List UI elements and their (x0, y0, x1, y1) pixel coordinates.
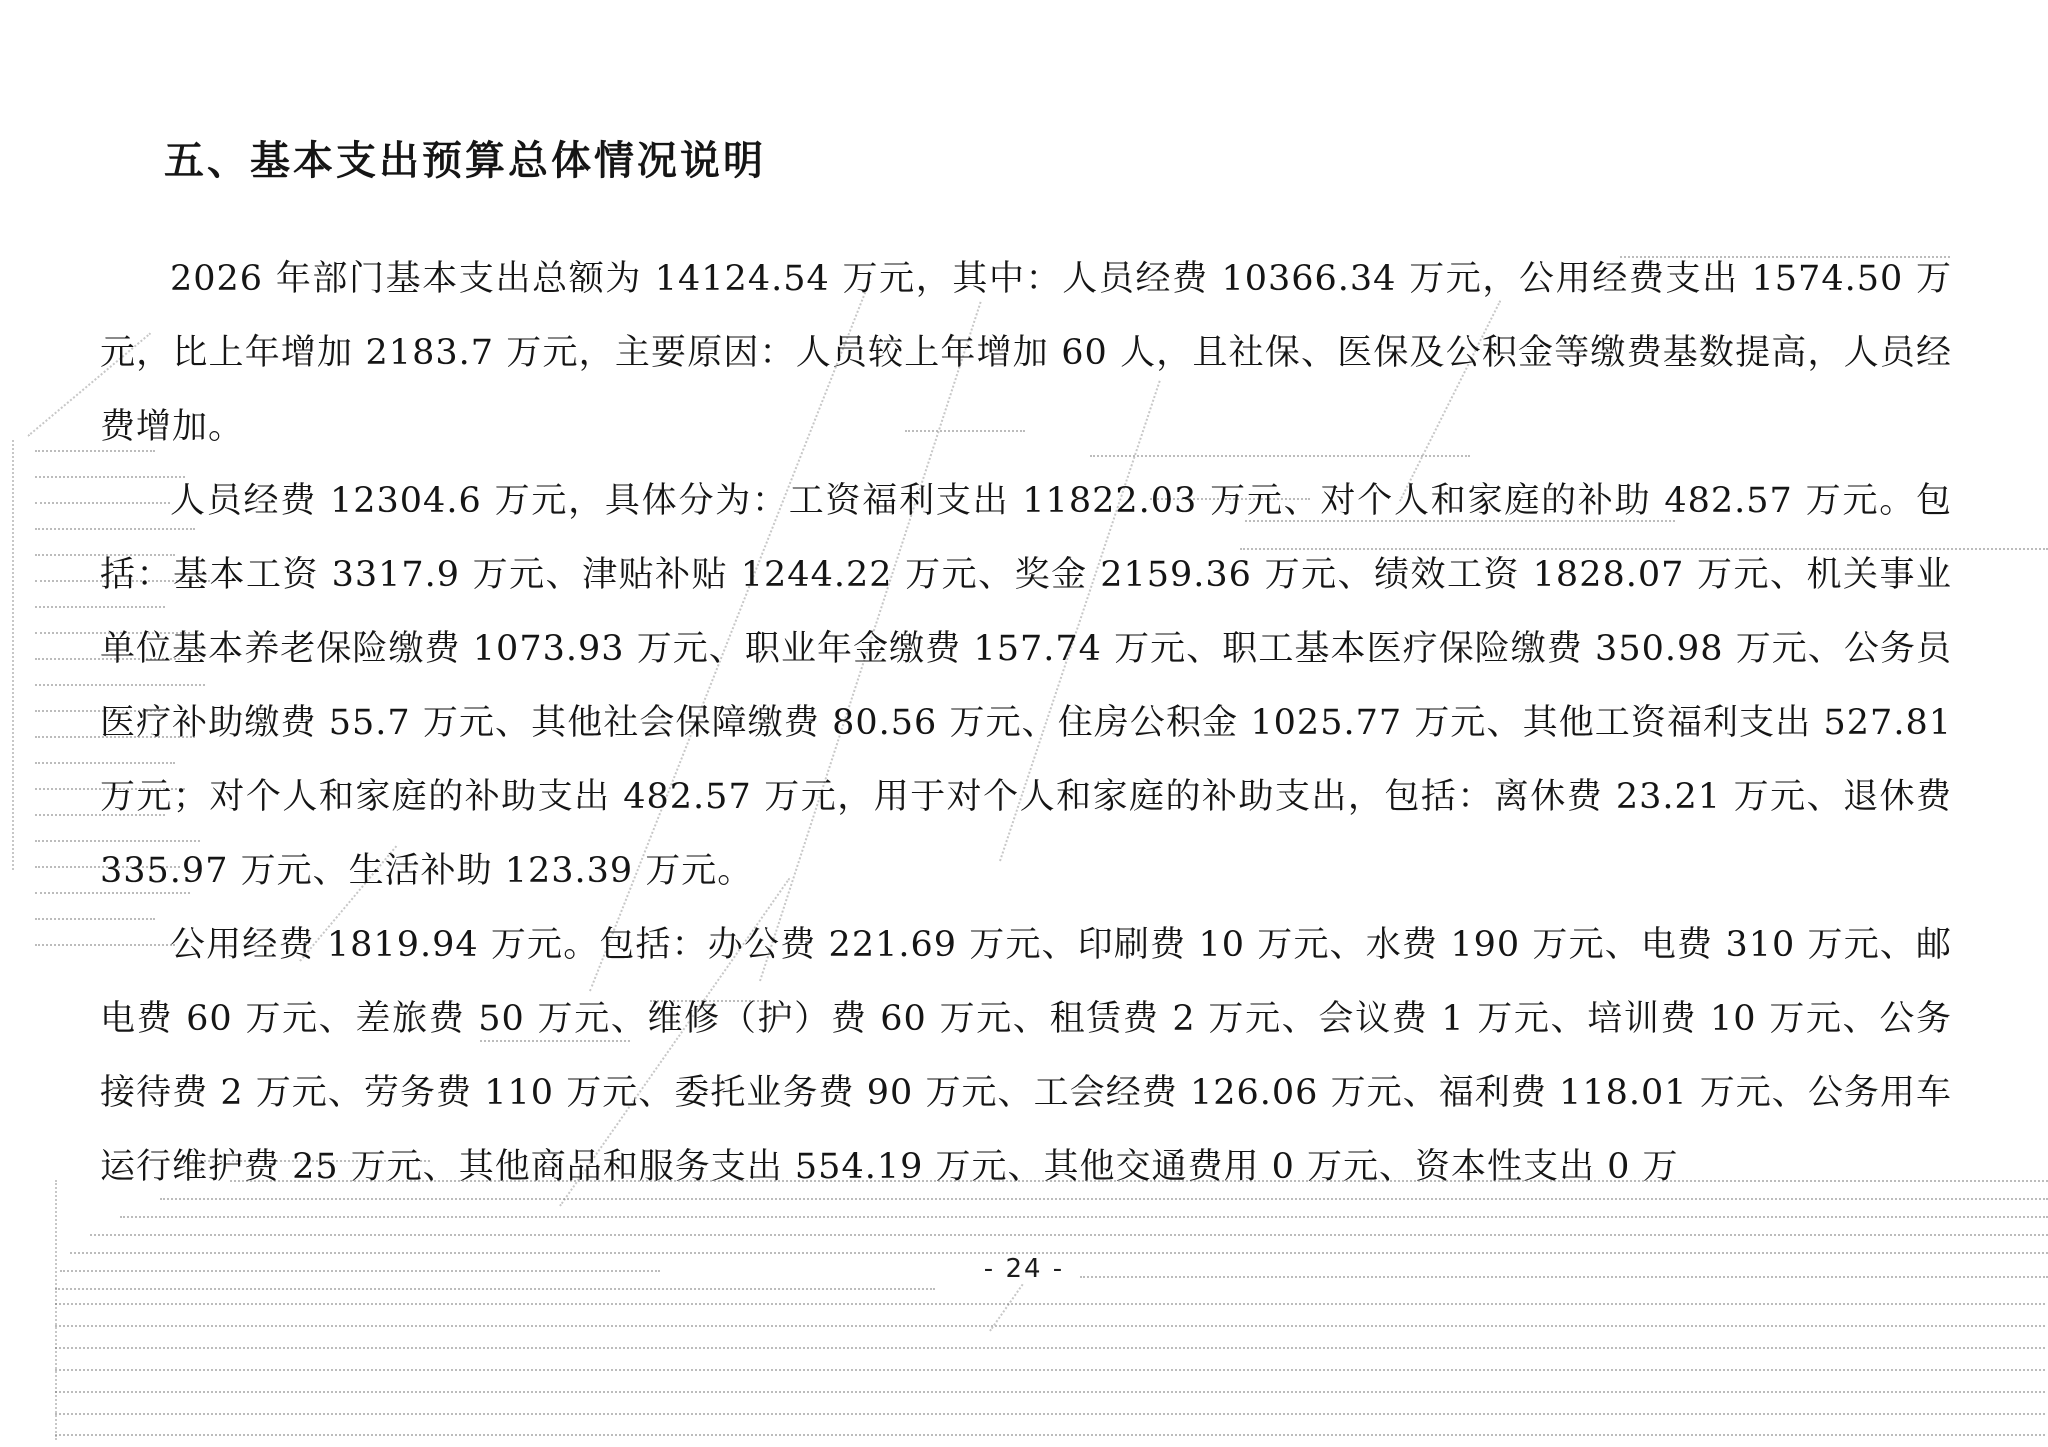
document-page: 五、基本支出预算总体情况说明 2026 年部门基本支出总额为 14124.54 … (0, 0, 2048, 1447)
scan-artifact-line (55, 1413, 2045, 1415)
scan-artifact-vline (55, 1180, 57, 1440)
scan-artifact-vline (12, 440, 14, 870)
scan-artifact-line (55, 1303, 2045, 1305)
section-heading: 五、基本支出预算总体情况说明 (164, 136, 1952, 186)
scan-artifact-line (55, 1347, 2045, 1349)
scan-artifact-line (55, 1369, 2045, 1371)
scan-artifact-line (55, 1434, 2045, 1436)
scan-artifact-line (55, 1288, 935, 1290)
paragraph-public-expenses-detail: 公用经费 1819.94 万元。包括：办公费 221.69 万元、印刷费 10 … (100, 908, 1952, 1204)
document-body: 五、基本支出预算总体情况说明 2026 年部门基本支出总额为 14124.54 … (100, 136, 1952, 1204)
paragraph-basic-expenditure-total: 2026 年部门基本支出总额为 14124.54 万元，其中：人员经费 1036… (100, 242, 1952, 464)
scan-artifact-line (55, 1391, 2045, 1393)
page-number: - 24 - (974, 1254, 1074, 1284)
scan-artifact-line (55, 1325, 2045, 1327)
scan-artifact-line (90, 1234, 2048, 1236)
paragraph-personnel-expenses-detail: 人员经费 12304.6 万元，具体分为：工资福利支出 11822.03 万元、… (100, 464, 1952, 908)
scan-artifact-line (120, 1216, 2048, 1218)
page-footer: - 24 - (0, 1254, 2048, 1284)
